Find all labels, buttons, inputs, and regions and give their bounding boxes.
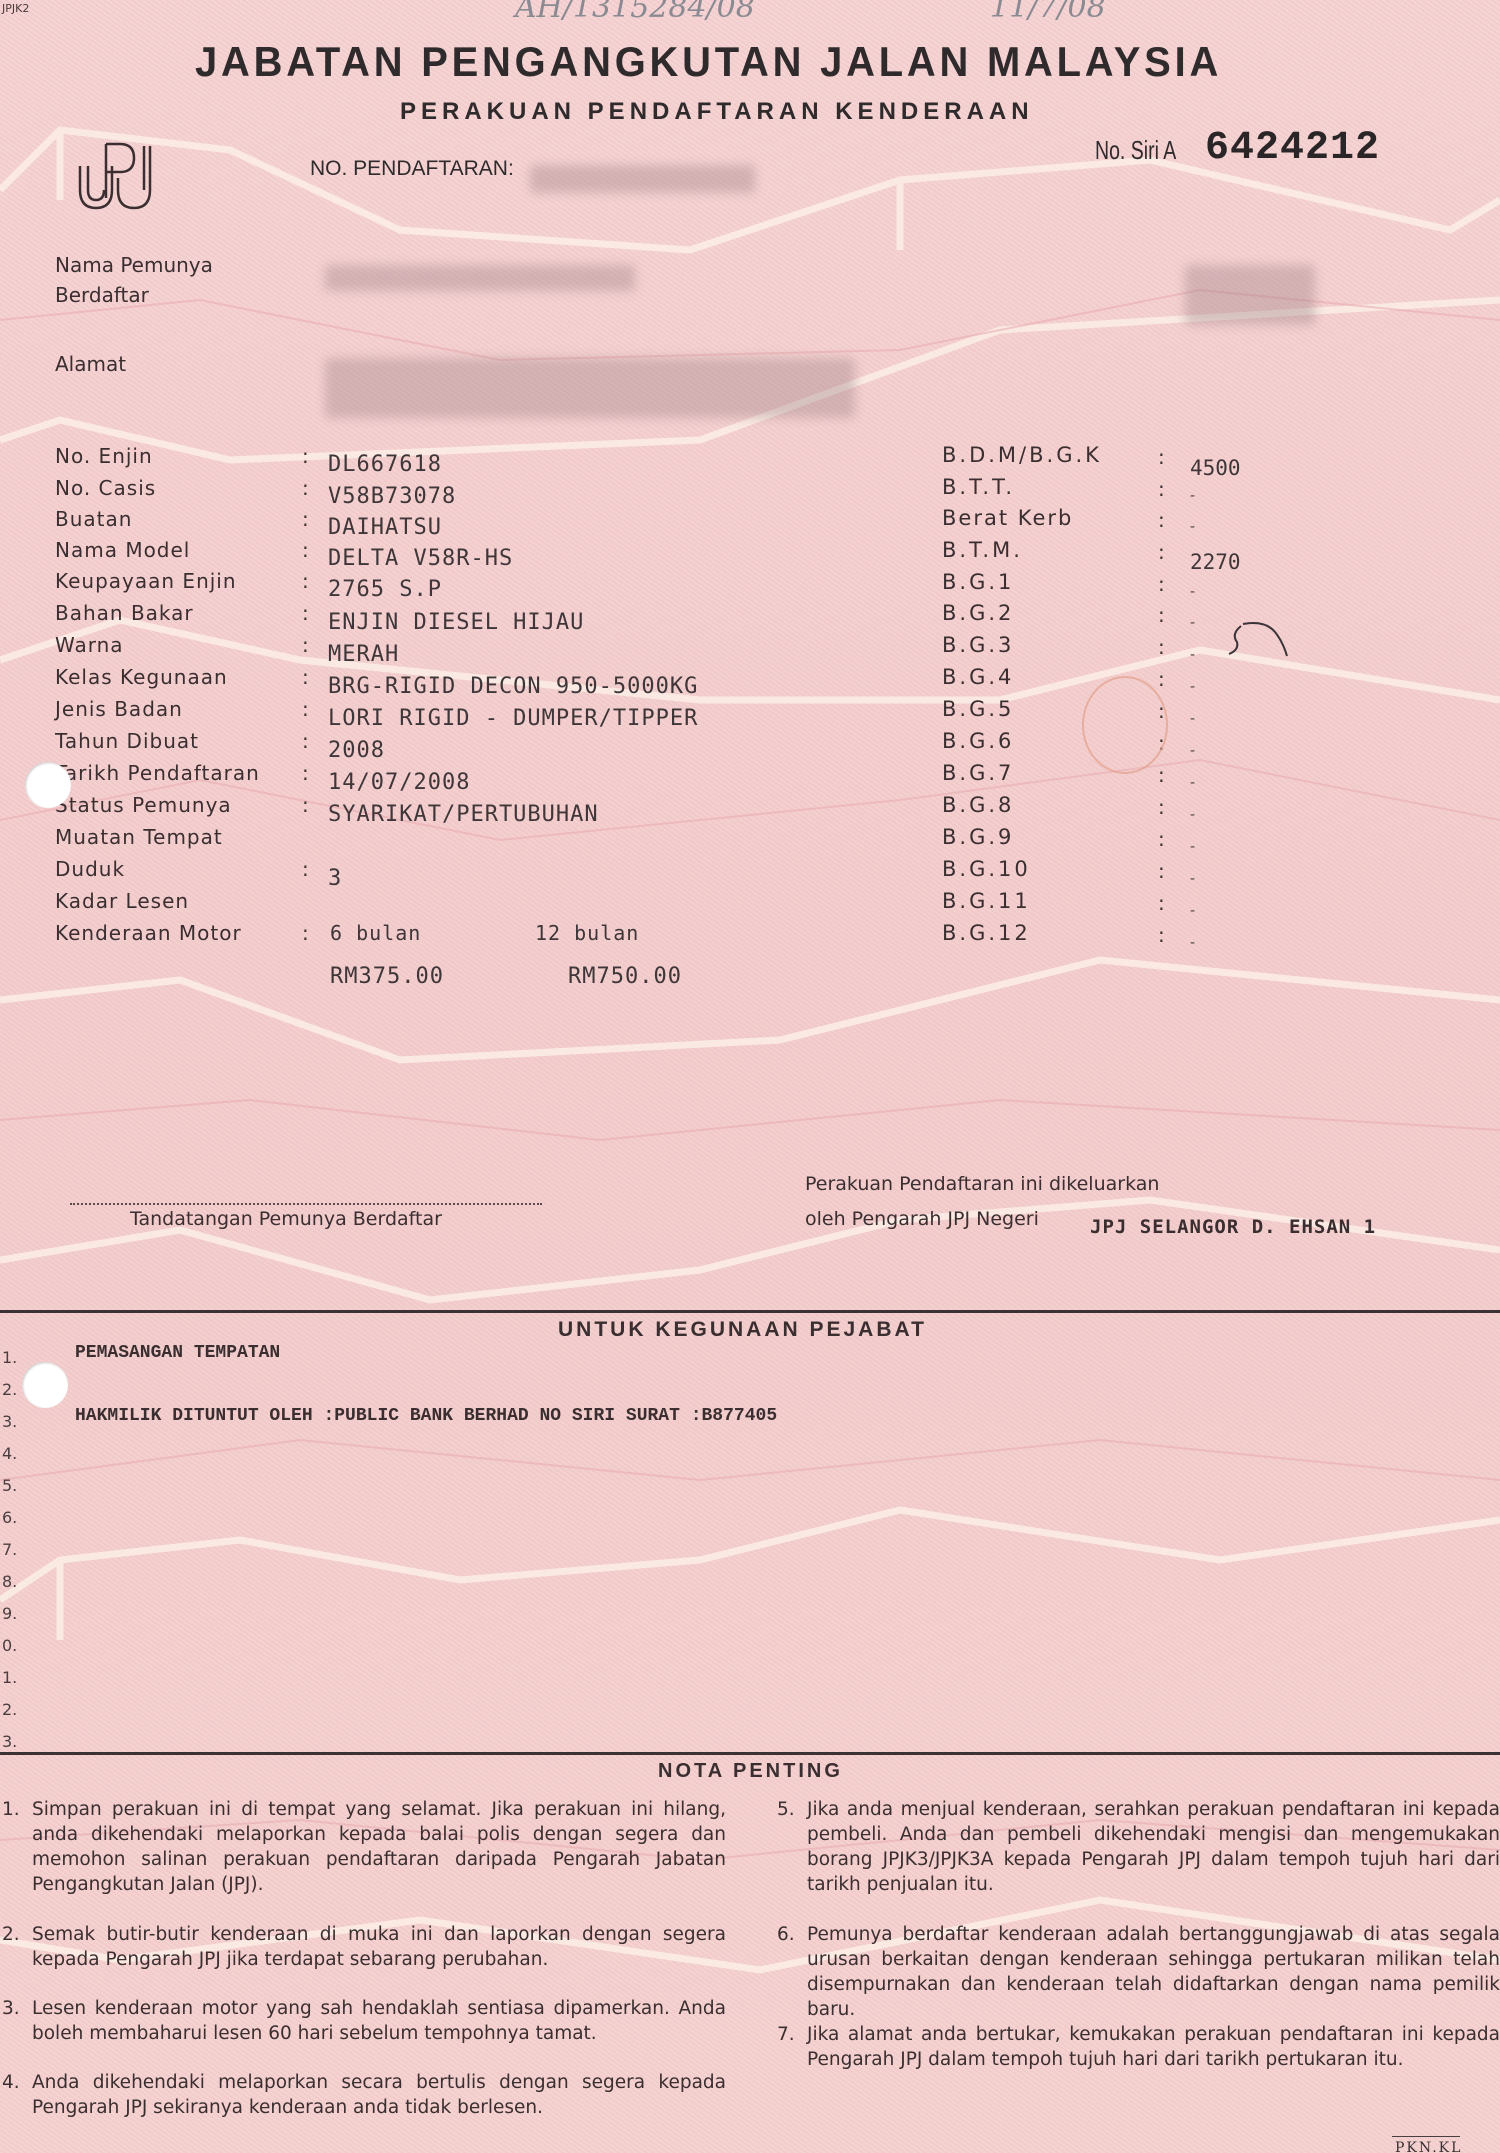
value-colour: MERAH [328, 642, 399, 667]
label-body-type: Jenis Badan [55, 697, 183, 721]
note-number: 6. [777, 1922, 795, 1947]
colon: : [302, 476, 309, 500]
address-redacted: [blurred] [325, 358, 855, 418]
owner-name-redacted: [blurred] [325, 265, 635, 291]
label-model: Nama Model [55, 538, 190, 562]
label-btm: B.T.M. [942, 538, 1023, 562]
label-bg5: B.G.5 [942, 697, 1014, 721]
note-text: Anda dikehendaki melaporkan secara bertu… [32, 2072, 726, 2118]
label-seating-capacity: Muatan Tempat [55, 825, 223, 849]
note-text: Jika anda menjual kenderaan, serahkan pe… [807, 1799, 1500, 1895]
handwritten-mark-icon [1225, 620, 1295, 665]
label-bg3: B.G.3 [942, 633, 1014, 657]
label-bg8: B.G.8 [942, 793, 1014, 817]
value-bg1: - [1190, 584, 1195, 600]
label-license-rate: Kadar Lesen [55, 889, 189, 913]
serial-number: 6424212 [1205, 126, 1380, 171]
note-number: 7. [777, 2022, 795, 2047]
label-owner-status: Status Pemunya [55, 793, 232, 817]
colon: : [302, 569, 309, 593]
colon: : [1158, 923, 1165, 947]
label-kerb-weight: Berat Kerb [942, 506, 1073, 530]
colon: : [302, 507, 309, 531]
value-fuel: ENJIN DIESEL HIJAU [328, 610, 584, 635]
line-number: 3. [2, 1732, 17, 1751]
label-motor-vehicle: Kenderaan Motor [55, 921, 242, 945]
note-item: 5. Jika anda menjual kenderaan, serahkan… [807, 1797, 1500, 1897]
license-amount-6: RM375.00 [330, 964, 444, 989]
label-bg1: B.G.1 [942, 570, 1014, 594]
issuing-office: JPJ SELANGOR D. EHSAN 1 [1090, 1216, 1376, 1238]
label-usage-class: Kelas Kegunaan [55, 665, 228, 689]
label-engine-capacity: Keupayaan Enjin [55, 569, 237, 593]
owner-name-label: Nama Pemunya [55, 253, 213, 277]
value-seating-capacity: 3 [328, 866, 342, 891]
colon: : [302, 857, 309, 881]
value-bg12: - [1190, 935, 1195, 951]
issued-by-line1: Perakuan Pendaftaran ini dikeluarkan [805, 1173, 1159, 1195]
value-bg4: - [1190, 679, 1195, 695]
label-bg11: B.G.11 [942, 889, 1031, 913]
value-model: DELTA V58R-HS [328, 546, 513, 571]
colon: : [1158, 445, 1165, 469]
colon: : [1158, 635, 1165, 659]
office-entry-local-assembly: PEMASANGAN TEMPATAN [75, 1343, 280, 1363]
note-number: 4. [2, 2070, 20, 2095]
note-text: Lesen kenderaan motor yang sah hendaklah… [32, 1998, 726, 2044]
value-kerb-weight: - [1190, 519, 1195, 535]
line-number: 7. [2, 1540, 17, 1559]
note-item: 7. Jika alamat anda bertukar, kemukakan … [807, 2022, 1500, 2072]
note-item: 1. Simpan perakuan ini di tempat yang se… [32, 1797, 726, 1897]
value-registration-date: 14/07/2008 [328, 770, 470, 795]
note-text: Simpan perakuan ini di tempat yang selam… [32, 1799, 726, 1895]
note-number: 1. [2, 1797, 20, 1822]
line-number: 5. [2, 1476, 17, 1495]
value-bg5: - [1190, 711, 1195, 727]
note-item: 3. Lesen kenderaan motor yang sah hendak… [32, 1996, 726, 2046]
footer-rule [1392, 2136, 1460, 2137]
label-bdm-bgk: B.D.M/B.G.K [942, 443, 1102, 467]
punch-hole [25, 762, 71, 808]
value-bg11: - [1190, 903, 1195, 919]
label-year-made: Tahun Dibuat [55, 729, 199, 753]
license-period-12: 12 bulan [535, 921, 639, 945]
owner-name-label-2: Berdaftar [55, 283, 149, 307]
value-bdm-bgk: 4500 [1190, 456, 1241, 480]
value-bg8: - [1190, 807, 1195, 823]
value-make: DAIHATSU [328, 515, 442, 540]
value-engine-no: DL667618 [328, 452, 442, 477]
license-amount-12: RM750.00 [568, 964, 682, 989]
line-number: 9. [2, 1604, 17, 1623]
printer-code: PKN.KL [1395, 2140, 1462, 2153]
label-bg10: B.G.10 [942, 857, 1031, 881]
value-btm: 2270 [1190, 550, 1241, 574]
colon: : [302, 729, 309, 753]
note-number: 2. [2, 1922, 20, 1947]
label-engine-no: No. Enjin [55, 444, 153, 468]
issued-by-line2: oleh Pengarah JPJ Negeri [805, 1208, 1039, 1230]
colon: : [1158, 540, 1165, 564]
handwritten-reference: AH/1315284/08 [515, 0, 755, 25]
colon: : [302, 633, 309, 657]
label-bg2: B.G.2 [942, 601, 1014, 625]
license-period-6: 6 bulan [330, 921, 421, 945]
line-number: 0. [2, 1636, 17, 1655]
value-bg7: - [1190, 775, 1195, 791]
office-use-title: UNTUK KEGUNAAN PEJABAT [558, 1318, 927, 1342]
colon: : [1158, 795, 1165, 819]
registration-number-redacted: [blurred] [530, 165, 755, 193]
note-number: 5. [777, 1797, 795, 1822]
label-bg7: B.G.7 [942, 761, 1014, 785]
value-btt: - [1190, 488, 1195, 504]
colon: : [1158, 477, 1165, 501]
colon: : [1158, 603, 1165, 627]
value-bg2: - [1190, 615, 1195, 631]
value-body-type: LORI RIGID - DUMPER/TIPPER [328, 706, 698, 731]
section-divider [0, 1310, 1500, 1313]
owner-id-redacted: [blurred] [1185, 265, 1315, 325]
document-subtitle: PERAKUAN PENDAFTARAN KENDERAAN [400, 98, 1034, 126]
colon: : [1158, 827, 1165, 851]
value-usage-class: BRG-RIGID DECON 950-5000KG [328, 674, 698, 699]
value-chassis-no: V58B73078 [328, 484, 456, 509]
line-number: 2. [2, 1380, 17, 1399]
colon: : [302, 665, 309, 689]
value-year-made: 2008 [328, 738, 385, 763]
note-text: Pemunya berdaftar kenderaan adalah berta… [807, 1924, 1500, 2020]
label-bg12: B.G.12 [942, 921, 1031, 945]
document-title: JABATAN PENGANGKUTAN JALAN MALAYSIA [195, 38, 1222, 86]
colon: : [1158, 859, 1165, 883]
value-bg6: - [1190, 743, 1195, 759]
important-notes-title: NOTA PENTING [658, 1760, 843, 1783]
note-text: Jika alamat anda bertukar, kemukakan per… [807, 2024, 1500, 2070]
label-bg6: B.G.6 [942, 729, 1014, 753]
signature-label: Tandatangan Pemunya Berdaftar [130, 1208, 442, 1230]
line-number: 6. [2, 1508, 17, 1527]
colon: : [302, 538, 309, 562]
office-entry-ownership-claim: HAKMILIK DITUNTUT OLEH :PUBLIC BANK BERH… [75, 1406, 777, 1426]
section-divider [0, 1752, 1500, 1755]
signature-line [70, 1203, 542, 1205]
note-text: Semak butir-butir kenderaan di muka ini … [32, 1924, 726, 1970]
value-bg9: - [1190, 839, 1195, 855]
colon: : [302, 921, 309, 945]
label-registration-date: Tarikh Pendaftaran [55, 761, 260, 785]
note-item: 4. Anda dikehendaki melaporkan secara be… [32, 2070, 726, 2120]
punch-hole [22, 1362, 68, 1408]
registration-number-label: NO. PENDAFTARAN: [310, 157, 514, 181]
colon: : [1158, 891, 1165, 915]
line-number: 1. [2, 1348, 17, 1367]
form-code: JPJK2 [2, 2, 29, 15]
label-make: Buatan [55, 507, 132, 531]
handwritten-date: 11/7/08 [990, 0, 1106, 25]
line-number: 3. [2, 1412, 17, 1431]
colon: : [302, 444, 309, 468]
jpj-logo-icon [76, 138, 154, 212]
colon: : [1158, 508, 1165, 532]
address-label: Alamat [55, 352, 126, 376]
note-number: 3. [2, 1996, 20, 2021]
value-engine-capacity: 2765 S.P [328, 577, 442, 602]
value-bg3: - [1190, 647, 1195, 663]
label-chassis-no: No. Casis [55, 476, 156, 500]
colon: : [1158, 572, 1165, 596]
line-number: 2. [2, 1700, 17, 1719]
value-bg10: - [1190, 871, 1195, 887]
label-btt: B.T.T. [942, 475, 1015, 499]
colon: : [302, 761, 309, 785]
colon: : [302, 793, 309, 817]
line-number: 1. [2, 1668, 17, 1687]
label-colour: Warna [55, 633, 124, 657]
label-fuel: Bahan Bakar [55, 601, 194, 625]
serial-label: No. Siri A [1095, 135, 1176, 166]
line-number: 8. [2, 1572, 17, 1591]
stamp-ring-icon [1075, 670, 1175, 780]
colon: : [302, 601, 309, 625]
colon: : [302, 697, 309, 721]
value-owner-status: SYARIKAT/PERTUBUHAN [328, 802, 599, 827]
label-bg9: B.G.9 [942, 825, 1014, 849]
label-bg4: B.G.4 [942, 665, 1014, 689]
label-seating-capacity-2: Duduk [55, 857, 125, 881]
note-item: 2. Semak butir-butir kenderaan di muka i… [32, 1922, 726, 1972]
note-item: 6. Pemunya berdaftar kenderaan adalah be… [807, 1922, 1500, 2022]
line-number: 4. [2, 1444, 17, 1463]
